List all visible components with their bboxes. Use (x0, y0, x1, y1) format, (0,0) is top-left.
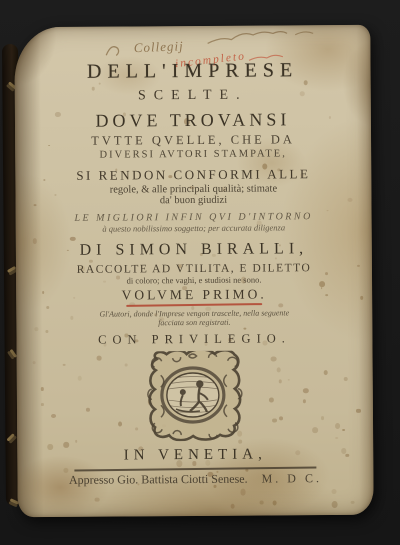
main-title-line-1: DELL'IMPRESE (15, 59, 371, 84)
red-underline (126, 303, 262, 307)
title-page-text: DELL'IMPRESE SCELTE. DOVE TROVANSI TVTTE… (14, 25, 373, 517)
main-title-line-2: SCELTE. (15, 87, 371, 105)
subtitle-line-1: DOVE TROVANSI (15, 109, 371, 132)
author-line: DI SIMON BIRALLI, (16, 240, 372, 260)
privilege-line: CON PRIVILEGIO. (16, 331, 372, 348)
subtitle-line-3: DIVERSI AVTORI STAMPATE, (15, 148, 371, 161)
register-note-line-2: facciata son registrati. (16, 317, 372, 328)
subtitle-line-6: da' buon giudizi (15, 194, 371, 207)
subtitle-line-4: SI RENDON CONFORMI ALLE (15, 166, 371, 184)
collection-note-line-2: à questo nobilissimo soggetto; per accur… (16, 222, 372, 234)
imprint-publisher: Appresso Gio. Battista Ciotti Senese. (69, 472, 248, 487)
printer-device-emblem (147, 351, 244, 442)
volume-label: VOLVME PRIMO. (16, 286, 372, 304)
imprint-year: M. D C. (262, 471, 322, 485)
author-note-line-2: di coloro; che vaghi, e studiosi ne sono… (16, 274, 372, 286)
book-page: Collegij incompleto DELL'IMPRESE SCELTE.… (14, 25, 373, 517)
imprint-line: Appresso Gio. Battista Ciotti Senese.M. … (17, 471, 373, 488)
imprint-place: IN VENETIA, (17, 446, 373, 465)
subtitle-line-2: TVTTE QVELLE, CHE DA (15, 132, 371, 149)
